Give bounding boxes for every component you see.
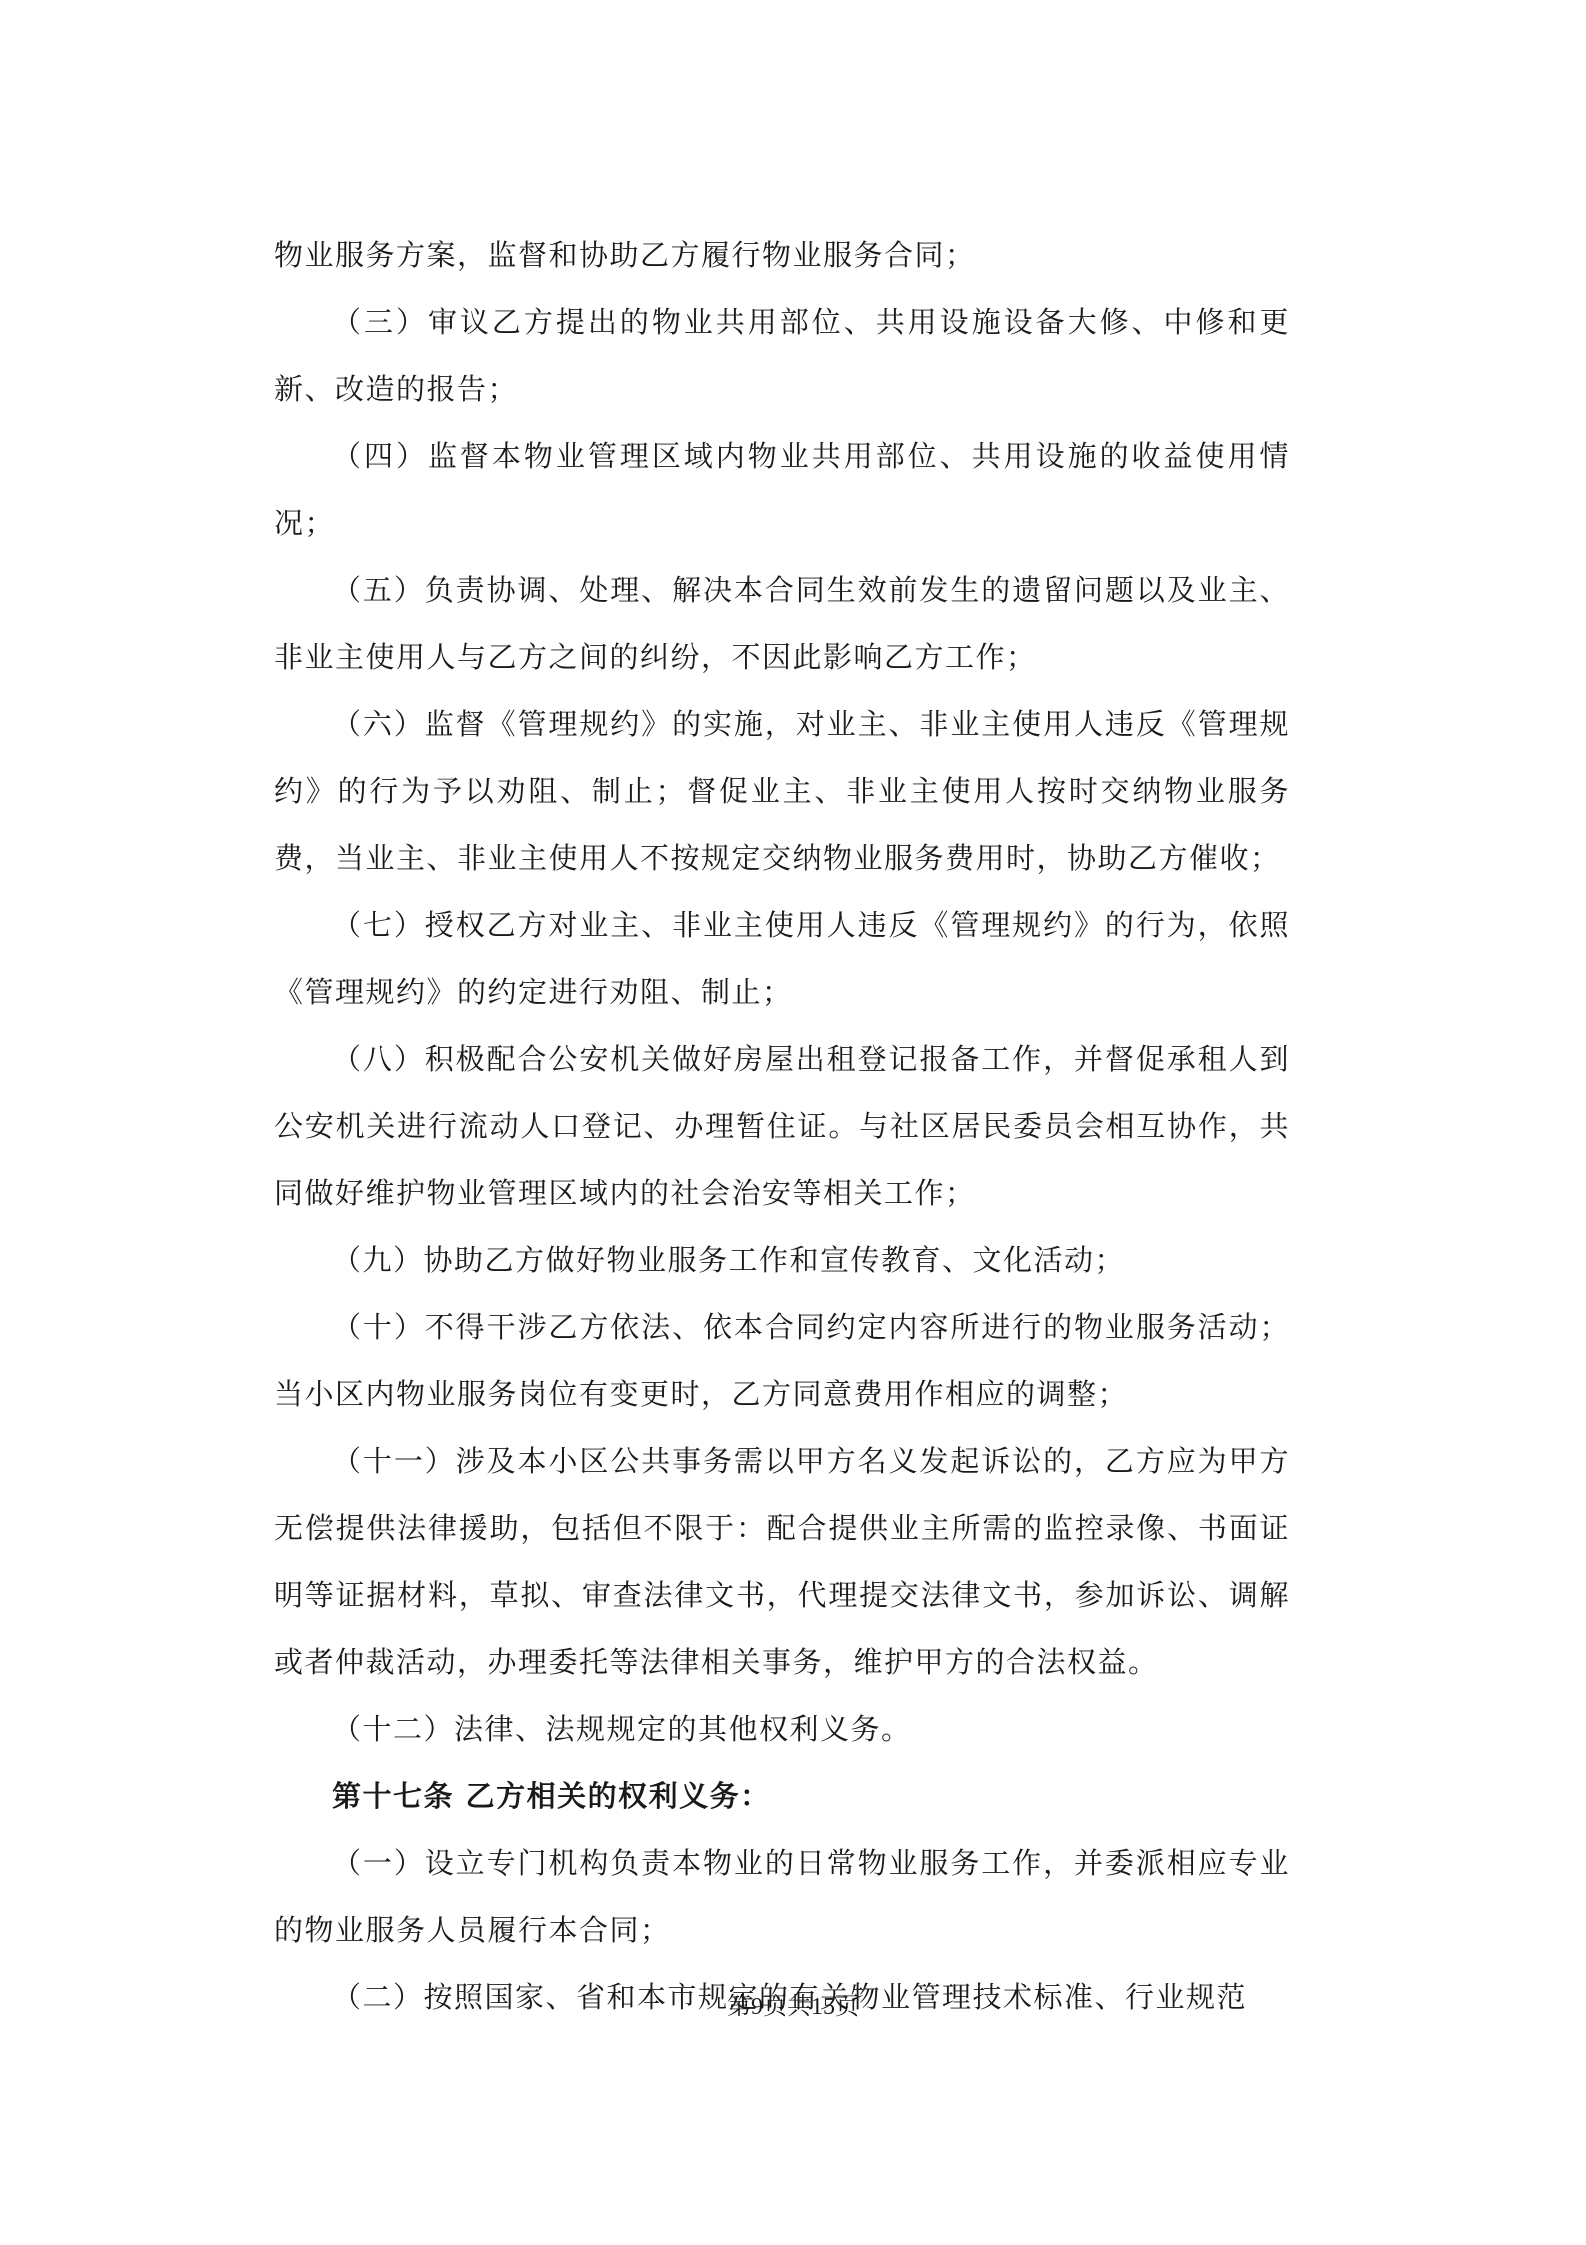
- clause-11: （十一）涉及本小区公共事务需以甲方名义发起诉讼的，乙方应为甲方无偿提供法律援助，…: [274, 1428, 1290, 1696]
- document-body: 物业服务方案，监督和协助乙方履行物业服务合同； （三）审议乙方提出的物业共用部位…: [274, 222, 1290, 2031]
- clause-9: （九）协助乙方做好物业服务工作和宣传教育、文化活动；: [274, 1227, 1290, 1294]
- page-number-footer: 第9页共15页: [0, 1986, 1586, 2021]
- clause-3: （三）审议乙方提出的物业共用部位、共用设施设备大修、中修和更新、改造的报告；: [274, 289, 1290, 423]
- clause-4: （四）监督本物业管理区域内物业共用部位、共用设施的收益使用情况；: [274, 423, 1290, 557]
- clause-8: （八）积极配合公安机关做好房屋出租登记报备工作，并督促承租人到公安机关进行流动人…: [274, 1026, 1290, 1227]
- clause-12: （十二）法律、法规规定的其他权利义务。: [274, 1696, 1290, 1763]
- clause-5: （五）负责协调、处理、解决本合同生效前发生的遗留问题以及业主、非业主使用人与乙方…: [274, 557, 1290, 691]
- clause-10: （十）不得干涉乙方依法、依本合同约定内容所进行的物业服务活动；当小区内物业服务岗…: [274, 1294, 1290, 1428]
- article-17-heading: 第十七条 乙方相关的权利义务：: [274, 1763, 1290, 1830]
- clause-6: （六）监督《管理规约》的实施，对业主、非业主使用人违反《管理规约》的行为予以劝阻…: [274, 691, 1290, 892]
- clause-7: （七）授权乙方对业主、非业主使用人违反《管理规约》的行为，依照《管理规约》的约定…: [274, 892, 1290, 1026]
- article-17-clause-1: （一）设立专门机构负责本物业的日常物业服务工作，并委派相应专业的物业服务人员履行…: [274, 1830, 1290, 1964]
- document-page: 物业服务方案，监督和协助乙方履行物业服务合同； （三）审议乙方提出的物业共用部位…: [0, 0, 1586, 2245]
- paragraph-continuation: 物业服务方案，监督和协助乙方履行物业服务合同；: [274, 222, 1290, 289]
